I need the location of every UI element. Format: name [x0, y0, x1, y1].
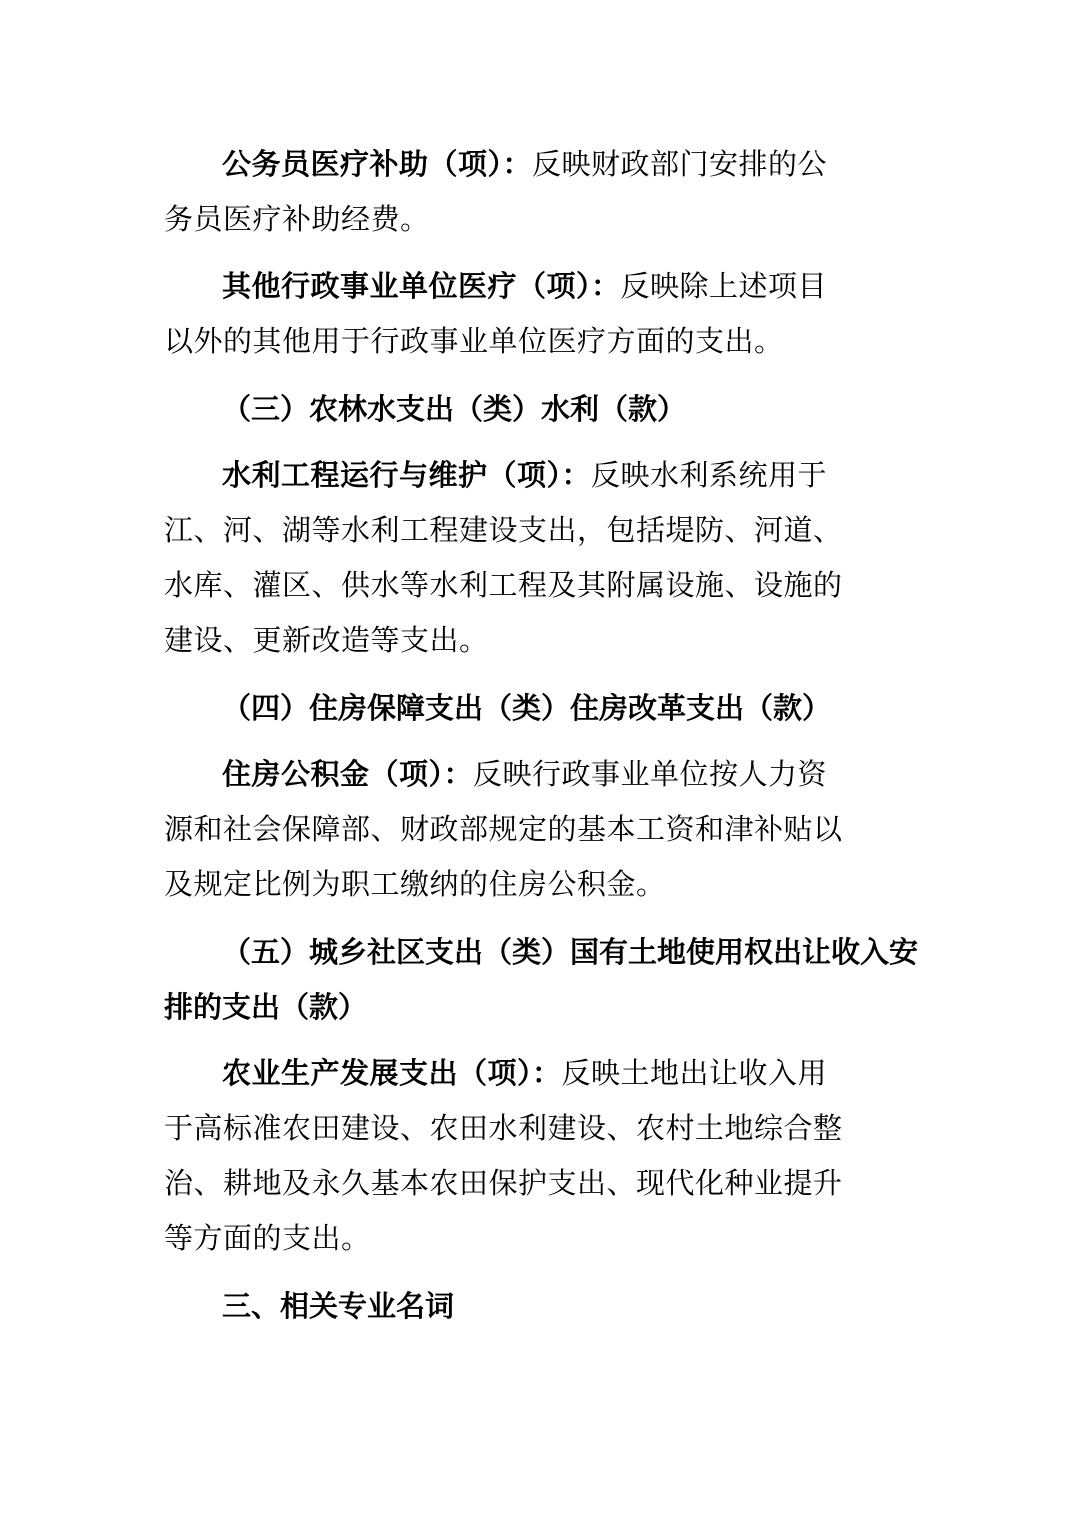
line-text: 源和社会保障部、财政部规定的基本工资和津补贴以 [164, 814, 843, 846]
text-line: 公务员医疗补助（项）：反映财政部门安排的公 [164, 138, 914, 193]
heading-text: （四）住房保障支出（类）住房改革支出（款） [222, 691, 831, 725]
heading-line: 三、相关专业名词 [164, 1279, 914, 1334]
heading-line: （四）住房保障支出（类）住房改革支出（款） [164, 681, 914, 736]
text-line: 农业生产发展支出（项）：反映土地出让收入用 [164, 1047, 914, 1102]
line-text: 治、耕地及永久基本农田保护支出、现代化种业提升 [164, 1168, 843, 1200]
text-line: 务员医疗补助经费。 [164, 193, 914, 248]
heading-line: （三）农林水支出（类）水利（款） [164, 382, 914, 437]
section-heading: （三）农林水支出（类）水利（款） [164, 382, 914, 437]
text-line: 江、河、湖等水利工程建设支出，包括堤防、河道、 [164, 504, 914, 559]
line-text: 务员医疗补助经费。 [164, 204, 430, 236]
term-lead: 其他行政事业单位医疗（项）： [222, 271, 621, 303]
document-page: 公务员医疗补助（项）：反映财政部门安排的公 务员医疗补助经费。 其他行政事业单位… [0, 0, 1074, 1520]
paragraph-block: 水利工程运行与维护（项）：反映水利系统用于 江、河、湖等水利工程建设支出，包括堤… [164, 449, 914, 669]
line-text: 反映行政事业单位按人力资 [473, 759, 827, 791]
paragraph-block: 其他行政事业单位医疗（项）：反映除上述项目 以外的其他用于行政事业单位医疗方面的… [164, 260, 914, 370]
text-line: 以外的其他用于行政事业单位医疗方面的支出。 [164, 315, 914, 370]
text-line: 源和社会保障部、财政部规定的基本工资和津补贴以 [164, 803, 914, 858]
line-text: 反映财政部门安排的公 [532, 149, 827, 181]
term-lead: 公务员医疗补助（项）： [222, 149, 532, 181]
paragraph-block: 农业生产发展支出（项）：反映土地出让收入用 于高标准农田建设、农田水利建设、农村… [164, 1047, 914, 1267]
section-heading: （四）住房保障支出（类）住房改革支出（款） [164, 681, 914, 736]
heading-text: （五）城乡社区支出（类）国有土地使用权出让收入安 [222, 935, 918, 969]
line-text: 反映水利系统用于 [591, 460, 827, 492]
heading-text: 三、相关专业名词 [222, 1289, 454, 1323]
section-heading: （五）城乡社区支出（类）国有土地使用权出让收入安 排的支出（款） [164, 925, 914, 1035]
line-text: 反映土地出让收入用 [562, 1058, 828, 1090]
document-content: 公务员医疗补助（项）：反映财政部门安排的公 务员医疗补助经费。 其他行政事业单位… [0, 0, 1074, 1334]
text-line: 治、耕地及永久基本农田保护支出、现代化种业提升 [164, 1157, 914, 1212]
line-text: 等方面的支出。 [164, 1223, 371, 1255]
section-heading: 三、相关专业名词 [164, 1279, 914, 1334]
term-lead: 住房公积金（项）： [222, 759, 473, 791]
paragraph-block: 公务员医疗补助（项）：反映财政部门安排的公 务员医疗补助经费。 [164, 138, 914, 248]
paragraph-block: 住房公积金（项）：反映行政事业单位按人力资 源和社会保障部、财政部规定的基本工资… [164, 748, 914, 913]
line-text: 及规定比例为职工缴纳的住房公积金。 [164, 869, 666, 901]
heading-text: 排的支出（款） [164, 990, 367, 1024]
line-text: 反映除上述项目 [621, 271, 828, 303]
text-line: 住房公积金（项）：反映行政事业单位按人力资 [164, 748, 914, 803]
heading-line: 排的支出（款） [164, 980, 914, 1035]
line-text: 以外的其他用于行政事业单位医疗方面的支出。 [164, 326, 784, 358]
line-text: 于高标准农田建设、农田水利建设、农村土地综合整 [164, 1113, 843, 1145]
term-lead: 水利工程运行与维护（项）： [222, 460, 591, 492]
text-line: 于高标准农田建设、农田水利建设、农村土地综合整 [164, 1102, 914, 1157]
text-line: 建设、更新改造等支出。 [164, 614, 914, 669]
heading-line: （五）城乡社区支出（类）国有土地使用权出让收入安 [164, 925, 914, 980]
heading-text: （三）农林水支出（类）水利（款） [222, 392, 686, 426]
term-lead: 农业生产发展支出（项）： [222, 1058, 562, 1090]
text-line: 水利工程运行与维护（项）：反映水利系统用于 [164, 449, 914, 504]
text-line: 及规定比例为职工缴纳的住房公积金。 [164, 858, 914, 913]
text-line: 等方面的支出。 [164, 1212, 914, 1267]
line-text: 建设、更新改造等支出。 [164, 625, 489, 657]
text-line: 水库、灌区、供水等水利工程及其附属设施、设施的 [164, 559, 914, 614]
text-line: 其他行政事业单位医疗（项）：反映除上述项目 [164, 260, 914, 315]
line-text: 江、河、湖等水利工程建设支出，包括堤防、河道、 [164, 515, 843, 547]
line-text: 水库、灌区、供水等水利工程及其附属设施、设施的 [164, 570, 843, 602]
